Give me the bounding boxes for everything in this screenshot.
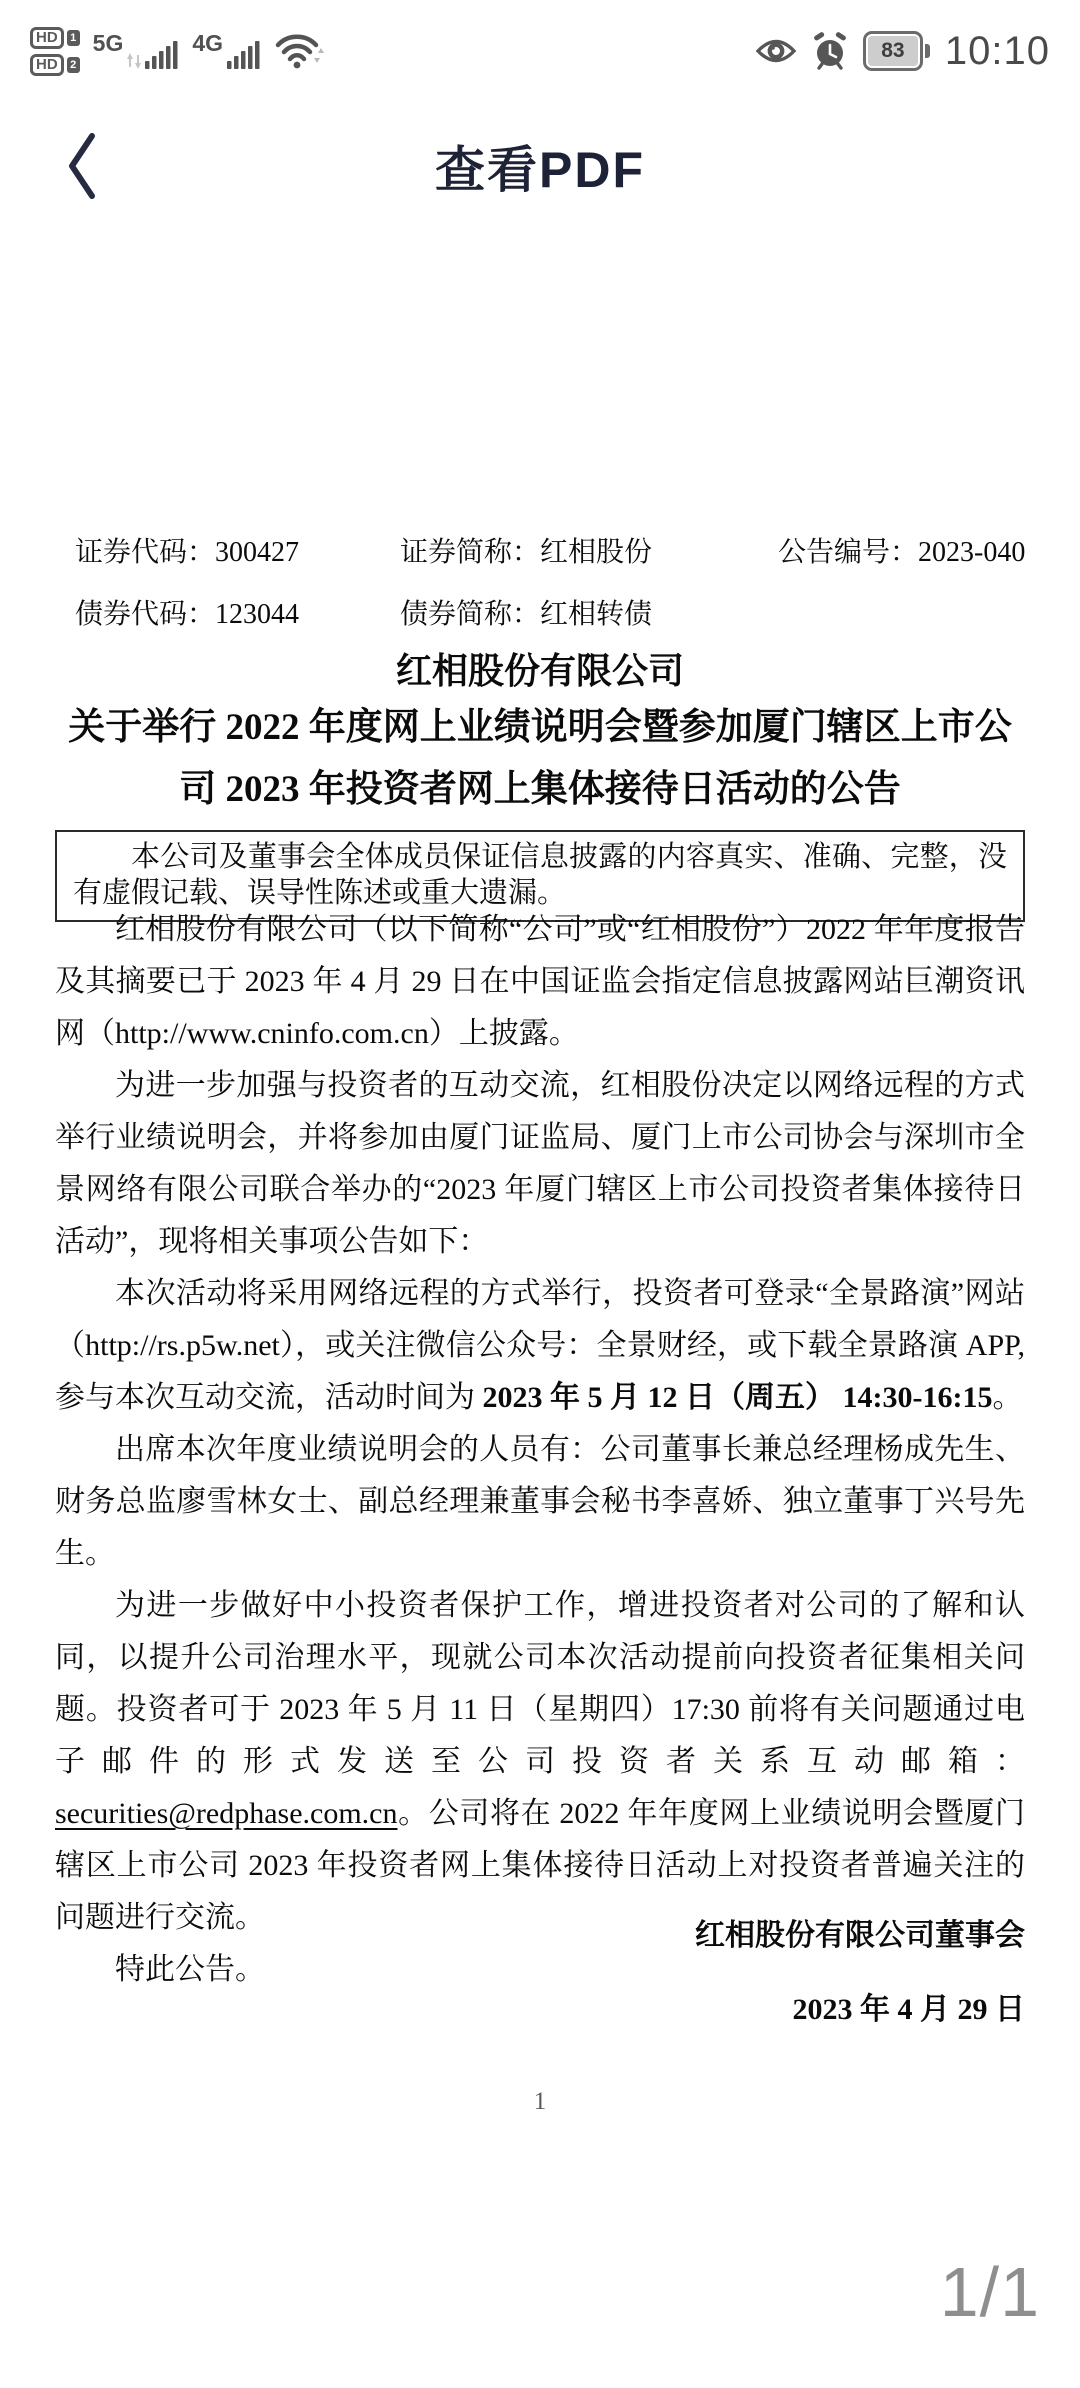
announcement-title: 关于举行 2022 年度网上业绩说明会暨参加厦门辖区上市公 司 2023 年投资… <box>30 697 1050 821</box>
status-bar: HD 1 HD 2 5G <box>30 20 1050 82</box>
paragraph-text: 为进一步做好中小投资者保护工作，增进投资者对公司的了解和认同，以提升公司治理水平… <box>55 1589 1025 1778</box>
event-datetime: 2023 年 5 月 12 日（周五） 14:30-16:15 <box>483 1381 993 1414</box>
hd-indicators: HD 1 HD 2 <box>30 27 80 76</box>
status-left-cluster: HD 1 HD 2 5G <box>30 27 326 76</box>
notice-number: 公告编号：2023-040 <box>778 530 1025 570</box>
announcement-body: 红相股份有限公司（以下简称“公司”或“红相股份”）2022 年年度报告及其摘要已… <box>55 904 1025 1996</box>
battery-body: 83 <box>863 31 923 71</box>
paragraph-text: 。 <box>992 1381 1022 1414</box>
app-header: 查看PDF <box>0 118 1080 214</box>
back-button[interactable] <box>58 126 106 206</box>
sim2-number: 2 <box>67 57 80 73</box>
wifi-icon <box>274 29 326 73</box>
hd-sim1-icon: HD 1 <box>30 27 80 49</box>
hd1-badge: HD <box>30 27 64 49</box>
battery-terminal <box>925 44 930 58</box>
announcement-title-line: 司 2023 年投资者网上集体接待日活动的公告 <box>30 759 1050 821</box>
ir-email: securities@redphase.com.cn <box>55 1797 398 1830</box>
bond-abbr: 债券简称：红相转债 <box>400 592 652 632</box>
alarm-clock-icon <box>812 32 848 70</box>
hd2-badge: HD <box>30 54 64 76</box>
signal-bars-icon <box>145 37 179 71</box>
document-page-number: 1 <box>0 2088 1080 2116</box>
network-type-5g-label: 5G <box>93 32 124 55</box>
page-title: 查看PDF <box>435 130 645 202</box>
viewer-page-indicator: 1/1 <box>940 2252 1040 2332</box>
company-name: 红相股份有限公司 <box>0 643 1080 694</box>
screen: HD 1 HD 2 5G <box>0 0 1080 2388</box>
paragraph-question-collection: 为进一步做好中小投资者保护工作，增进投资者对公司的了解和认同，以提升公司治理水平… <box>55 1580 1025 1944</box>
announcement-date: 2023 年 4 月 29 日 <box>793 1986 1026 2034</box>
sim1-number: 1 <box>67 30 80 46</box>
announcement-title-line: 关于举行 2022 年度网上业绩说明会暨参加厦门辖区上市公 <box>30 697 1050 759</box>
status-right-cluster: 83 10:10 <box>755 29 1050 74</box>
bond-code: 债券代码：123044 <box>75 592 299 632</box>
security-code: 证券代码：300427 <box>75 530 299 570</box>
clock-time: 10:10 <box>945 29 1050 74</box>
signal-4g: 4G <box>192 32 261 71</box>
battery-percentage: 83 <box>868 36 918 66</box>
battery-icon: 83 <box>863 31 930 71</box>
eye-comfort-icon <box>755 37 797 65</box>
pdf-page-canvas[interactable]: 证券代码：300427 证券简称：红相股份 公告编号：2023-040 债券代码… <box>0 245 1080 2388</box>
data-activity-arrows-icon <box>127 51 141 71</box>
paragraph-event-time: 本次活动将采用网络远程的方式举行，投资者可登录“全景路演”网站（http://r… <box>55 1268 1025 1424</box>
paragraph-text: 为进一步加强与投资者的互动交流，红相股份决定以网络远程的方式举行业绩说明会，并将… <box>55 1069 1025 1258</box>
network-type-4g-label: 4G <box>192 32 223 55</box>
security-codes-block: 证券代码：300427 证券简称：红相股份 公告编号：2023-040 债券代码… <box>55 245 1025 395</box>
paragraph-attendees: 出席本次年度业绩说明会的人员有：公司董事长兼总经理杨成先生、财务总监廖雪林女士、… <box>55 1424 1025 1580</box>
signal-bars-icon <box>227 37 261 71</box>
signal-5g: 5G <box>93 32 180 71</box>
board-signature: 红相股份有限公司董事会 <box>695 1912 1025 1960</box>
paragraph-event-intro: 为进一步加强与投资者的互动交流，红相股份决定以网络远程的方式举行业绩说明会，并将… <box>55 1060 1025 1268</box>
chevron-left-icon <box>64 131 100 201</box>
hd-sim2-icon: HD 2 <box>30 54 80 76</box>
paragraph-disclosure: 红相股份有限公司（以下简称“公司”或“红相股份”）2022 年年度报告及其摘要已… <box>55 904 1025 1060</box>
security-abbr: 证券简称：红相股份 <box>400 530 652 570</box>
